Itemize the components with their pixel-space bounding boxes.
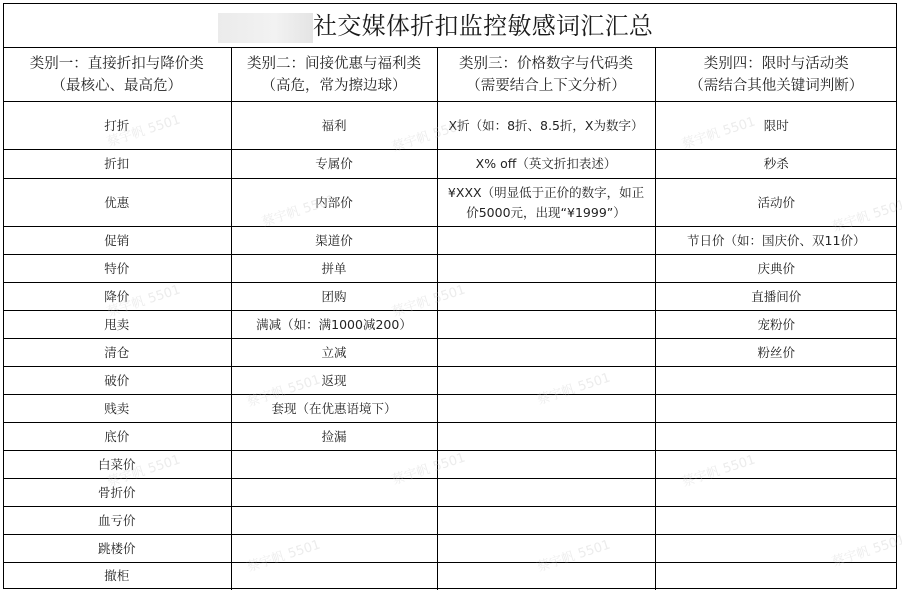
table-row: 特价 拼单 庆典价 bbox=[3, 255, 897, 283]
column-header-title: 类别一：直接折扣与降价类 bbox=[7, 53, 227, 75]
table-cell: 内部价 bbox=[231, 179, 437, 227]
table-cell bbox=[655, 563, 897, 590]
table-cell: 返现 bbox=[231, 367, 437, 395]
table-cell bbox=[231, 451, 437, 479]
table-cell: 宠粉价 bbox=[655, 311, 897, 339]
table-row: 撤柜 bbox=[3, 563, 897, 590]
table-cell bbox=[437, 255, 655, 283]
table-cell: 促销 bbox=[3, 227, 231, 255]
table-cell: 满减（如：满1000减200） bbox=[231, 311, 437, 339]
keyword-summary-sheet: 社交媒体折扣监控敏感词汇汇总 类别一：直接折扣与降价类 （最核心、最高危） 类别… bbox=[3, 3, 897, 589]
table-cell bbox=[437, 479, 655, 507]
table-cell bbox=[231, 479, 437, 507]
column-header-subtitle: （需要结合上下文分析） bbox=[442, 75, 651, 97]
table-cell: 直播间价 bbox=[655, 283, 897, 311]
table-cell: 立减 bbox=[231, 339, 437, 367]
column-header-subtitle: （需结合其他关键词判断） bbox=[660, 75, 894, 97]
table-cell: 打折 bbox=[3, 102, 231, 150]
table-cell: X折（如：8折、8.5折，X为数字） bbox=[437, 102, 655, 150]
table-row: 贱卖 套现（在优惠语境下） bbox=[3, 395, 897, 423]
table-cell: 优惠 bbox=[3, 179, 231, 227]
table-cell bbox=[437, 395, 655, 423]
table-header-row: 类别一：直接折扣与降价类 （最核心、最高危） 类别二：间接优惠与福利类 （高危，… bbox=[3, 48, 897, 102]
table-cell: 骨折价 bbox=[3, 479, 231, 507]
table-row: 清仓 立减 粉丝价 bbox=[3, 339, 897, 367]
title-row: 社交媒体折扣监控敏感词汇汇总 bbox=[4, 4, 896, 48]
table-cell: 甩卖 bbox=[3, 311, 231, 339]
table-row: 促销 渠道价 节日价（如：国庆价、双11价） bbox=[3, 227, 897, 255]
table-row: 优惠 内部价 ¥XXX（明显低于正价的数字，如正价5000元，出现“¥1999”… bbox=[3, 179, 897, 227]
table-cell: 底价 bbox=[3, 423, 231, 451]
column-header-subtitle: （高危，常为擦边球） bbox=[236, 75, 433, 97]
keyword-table: 类别一：直接折扣与降价类 （最核心、最高危） 类别二：间接优惠与福利类 （高危，… bbox=[3, 47, 897, 590]
redacted-title-prefix bbox=[218, 13, 313, 43]
table-cell: 粉丝价 bbox=[655, 339, 897, 367]
table-cell bbox=[437, 367, 655, 395]
table-cell bbox=[655, 395, 897, 423]
table-cell: 秒杀 bbox=[655, 150, 897, 179]
table-cell: 捡漏 bbox=[231, 423, 437, 451]
table-cell: ¥XXX（明显低于正价的数字，如正价5000元，出现“¥1999”） bbox=[437, 179, 655, 227]
table-cell: 拼单 bbox=[231, 255, 437, 283]
table-cell bbox=[231, 507, 437, 535]
table-cell bbox=[437, 451, 655, 479]
column-header-title: 类别四：限时与活动类 bbox=[660, 53, 894, 75]
column-header-category-4: 类别四：限时与活动类 （需结合其他关键词判断） bbox=[655, 48, 897, 102]
column-header-category-2: 类别二：间接优惠与福利类 （高危，常为擦边球） bbox=[231, 48, 437, 102]
table-cell bbox=[655, 535, 897, 563]
table-cell bbox=[655, 451, 897, 479]
table-cell: 破价 bbox=[3, 367, 231, 395]
table-cell: 团购 bbox=[231, 283, 437, 311]
table-cell bbox=[437, 283, 655, 311]
table-cell bbox=[437, 507, 655, 535]
table-cell bbox=[231, 563, 437, 590]
table-cell: 特价 bbox=[3, 255, 231, 283]
table-cell bbox=[437, 563, 655, 590]
table-row: 底价 捡漏 bbox=[3, 423, 897, 451]
table-row: 白菜价 bbox=[3, 451, 897, 479]
table-cell: 活动价 bbox=[655, 179, 897, 227]
table-cell: 限时 bbox=[655, 102, 897, 150]
table-cell: 套现（在优惠语境下） bbox=[231, 395, 437, 423]
table-cell bbox=[655, 367, 897, 395]
table-cell: 渠道价 bbox=[231, 227, 437, 255]
table-cell bbox=[437, 423, 655, 451]
column-header-title: 类别三：价格数字与代码类 bbox=[442, 53, 651, 75]
table-row: 血亏价 bbox=[3, 507, 897, 535]
table-cell: 白菜价 bbox=[3, 451, 231, 479]
column-header-subtitle: （最核心、最高危） bbox=[7, 75, 227, 97]
column-header-title: 类别二：间接优惠与福利类 bbox=[236, 53, 433, 75]
table-cell: 清仓 bbox=[3, 339, 231, 367]
table-row: 打折 福利 X折（如：8折、8.5折，X为数字） 限时 bbox=[3, 102, 897, 150]
table-cell: 撤柜 bbox=[3, 563, 231, 590]
table-cell: 节日价（如：国庆价、双11价） bbox=[655, 227, 897, 255]
table-row: 降价 团购 直播间价 bbox=[3, 283, 897, 311]
table-row: 骨折价 bbox=[3, 479, 897, 507]
table-cell bbox=[655, 479, 897, 507]
table-cell bbox=[231, 535, 437, 563]
column-header-category-1: 类别一：直接折扣与降价类 （最核心、最高危） bbox=[3, 48, 231, 102]
table-cell: 血亏价 bbox=[3, 507, 231, 535]
table-cell: X% off（英文折扣表述） bbox=[437, 150, 655, 179]
table-cell: 庆典价 bbox=[655, 255, 897, 283]
table-cell: 专属价 bbox=[231, 150, 437, 179]
table-row: 折扣 专属价 X% off（英文折扣表述） 秒杀 bbox=[3, 150, 897, 179]
document-title: 社交媒体折扣监控敏感词汇汇总 bbox=[313, 10, 653, 42]
table-row: 破价 返现 bbox=[3, 367, 897, 395]
table-cell: 跳楼价 bbox=[3, 535, 231, 563]
table-cell bbox=[437, 339, 655, 367]
table-cell bbox=[437, 311, 655, 339]
table-cell bbox=[437, 227, 655, 255]
table-cell: 降价 bbox=[3, 283, 231, 311]
table-cell bbox=[655, 507, 897, 535]
table-row: 甩卖 满减（如：满1000减200） 宠粉价 bbox=[3, 311, 897, 339]
table-cell: 折扣 bbox=[3, 150, 231, 179]
table-cell: 贱卖 bbox=[3, 395, 231, 423]
column-header-category-3: 类别三：价格数字与代码类 （需要结合上下文分析） bbox=[437, 48, 655, 102]
table-row: 跳楼价 bbox=[3, 535, 897, 563]
table-cell bbox=[437, 535, 655, 563]
table-cell: 福利 bbox=[231, 102, 437, 150]
table-cell bbox=[655, 423, 897, 451]
